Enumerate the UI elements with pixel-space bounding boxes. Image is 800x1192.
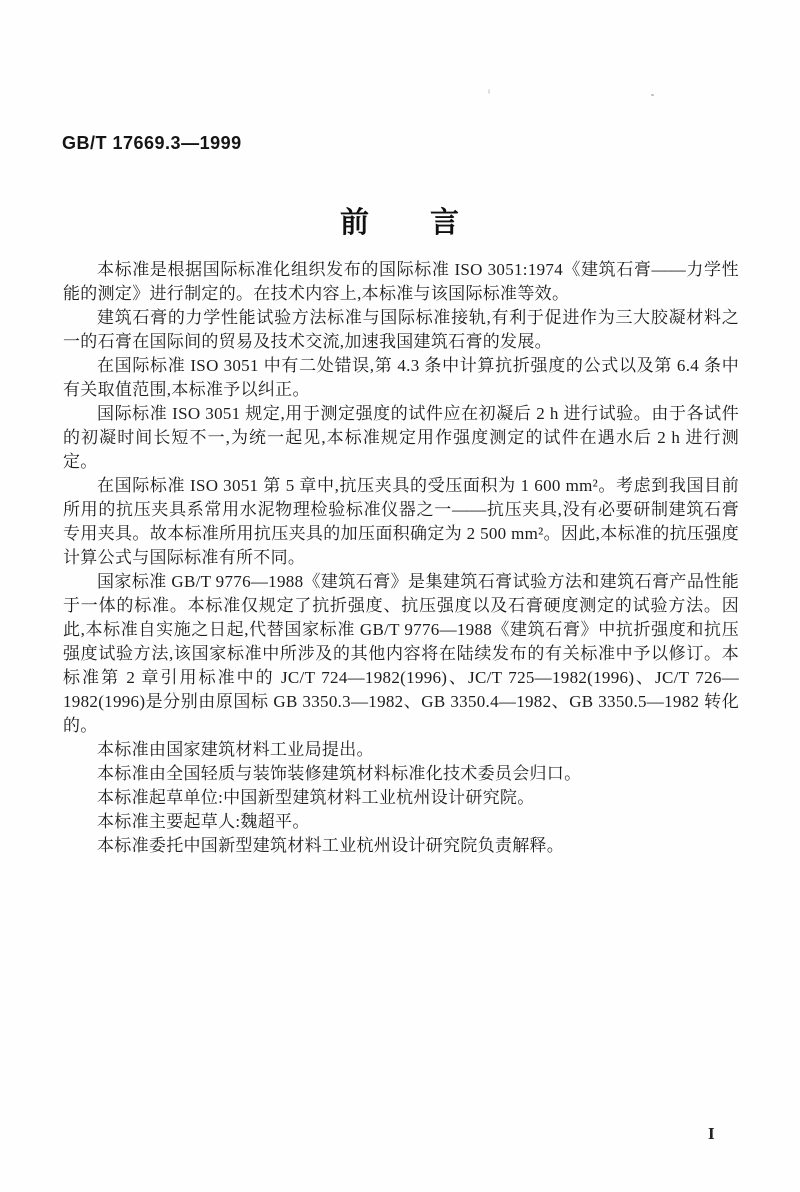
foreword-paragraph: 国际标准 ISO 3051 规定,用于测定强度的试件应在初凝后 2 h 进行试验…	[63, 402, 739, 474]
foreword-paragraph: 在国际标准 ISO 3051 第 5 章中,抗压夹具的受压面积为 1 600 m…	[63, 474, 739, 570]
page-title: 前 言	[0, 200, 800, 241]
foreword-paragraph: 本标准是根据国际标准化组织发布的国际标准 ISO 3051:1974《建筑石膏—…	[63, 258, 739, 306]
statement-main-drafter: 本标准主要起草人:魏超平。	[63, 810, 739, 834]
statement-drafting-unit: 本标准起草单位:中国新型建筑材料工业杭州设计研究院。	[63, 786, 739, 810]
scan-speckle	[488, 89, 490, 94]
scan-speckle	[651, 94, 654, 96]
foreword-paragraph: 在国际标准 ISO 3051 中有二处错误,第 4.3 条中计算抗折强度的公式以…	[63, 354, 739, 402]
page-number: I	[708, 1124, 715, 1144]
statement-interpretation: 本标准委托中国新型建筑材料工业杭州设计研究院负责解释。	[63, 834, 739, 858]
statement-proposed-by: 本标准由国家建筑材料工业局提出。	[63, 738, 739, 762]
standard-code: GB/T 17669.3—1999	[62, 133, 242, 154]
foreword-paragraph: 建筑石膏的力学性能试验方法标准与国际标准接轨,有利于促进作为三大胶凝材料之一的石…	[63, 306, 739, 354]
foreword-body: 本标准是根据国际标准化组织发布的国际标准 ISO 3051:1974《建筑石膏—…	[63, 258, 739, 858]
document-page: GB/T 17669.3—1999 前 言 本标准是根据国际标准化组织发布的国际…	[0, 0, 800, 1192]
foreword-paragraph: 国家标准 GB/T 9776—1988《建筑石膏》是集建筑石膏试验方法和建筑石膏…	[63, 570, 739, 738]
statement-centralized-by: 本标准由全国轻质与装饰装修建筑材料标准化技术委员会归口。	[63, 762, 739, 786]
